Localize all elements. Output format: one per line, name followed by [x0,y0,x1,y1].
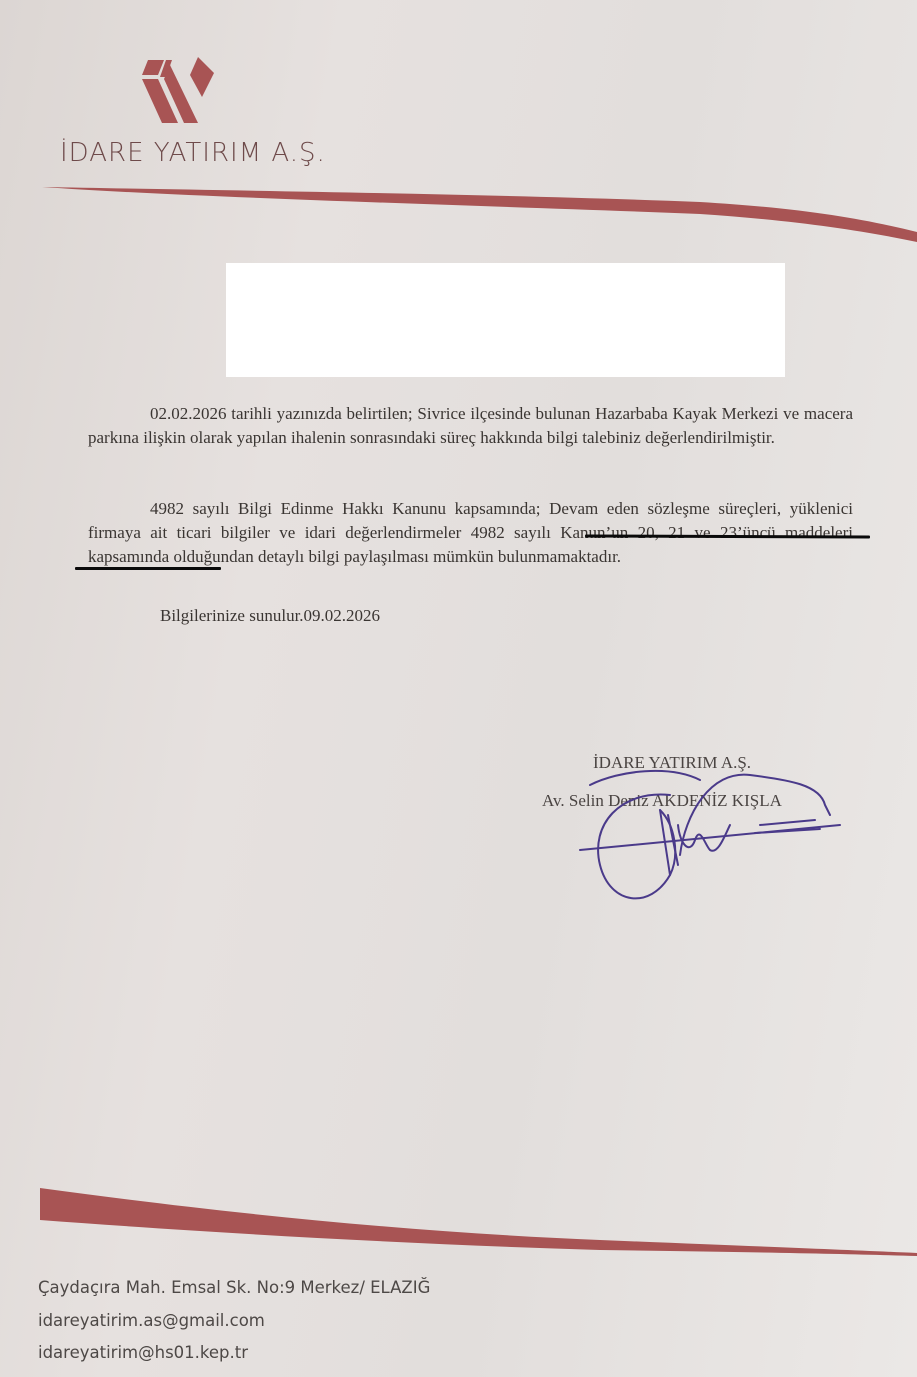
law-reference: 4982 sayılı Kanun’un 20, 21 ve 23’üncü m… [471,523,831,542]
bottom-decorative-band [0,1170,917,1270]
body-paragraph-1: 02.02.2026 tarihli yazınızda belirtilen;… [88,402,853,450]
handwritten-signature-icon [560,755,850,915]
underline-mark [75,567,221,570]
company-name-header: İDARE YATIRIM A.Ş. [60,138,326,168]
footer-email[interactable]: idareyatirim.as@gmail.com [38,1311,265,1330]
company-logo-icon [140,55,220,125]
footer-kep-address[interactable]: idareyatirim@hs01.kep.tr [38,1343,248,1362]
top-decorative-band [0,180,917,260]
redaction-box [226,263,785,377]
footer-address: Çaydaçıra Mah. Emsal Sk. No:9 Merkez/ EL… [38,1278,430,1297]
closing-line: Bilgilerinize sunulur.09.02.2026 [160,606,380,626]
body-paragraph-2: 4982 sayılı Bilgi Edinme Hakkı Kanunu ka… [88,497,853,569]
